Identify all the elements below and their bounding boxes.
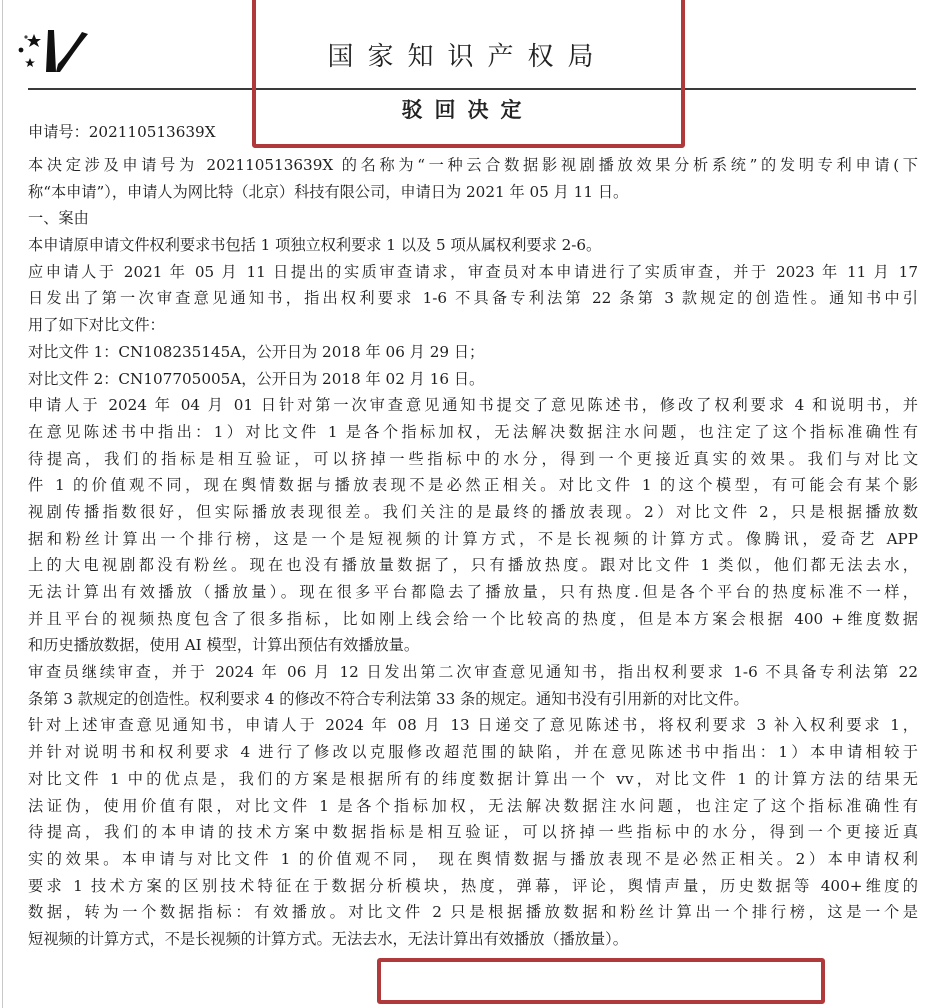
body-line-highlighted: 短视频的计算方式，不是长视频的计算方式。无法去水，无法计算出有效播放（播放量）。 (28, 926, 918, 953)
body-line: 审查员继续审查，并于 2024 年 06 月 12 日发出第二次审查意见通知书，… (28, 659, 918, 686)
body-line: 和历史播放数据，使用 AI 模型，计算出预估有效播放量。 (28, 632, 918, 659)
page-left-border (2, 0, 3, 1008)
body-line: 条第 3 款规定的创造性。权利要求 4 的修改不符合专利法第 33 条的规定。通… (28, 686, 918, 713)
body-line: 待提高，我们的指标是相互验证，可以挤掉一些指标中的水分，得到一个更接近真实的效果… (28, 446, 918, 473)
body-line: 本决定涉及申请号为 202110513639X 的名称为“一种云合数据影视剧播放… (28, 152, 918, 179)
body-line: 在意见陈述书中指出：1）对比文件 1 是各个指标加权，无法解决数据注水问题，也注… (28, 419, 918, 446)
reference-doc-1: 对比文件 1：CN108235145A，公开日为 2018 年 06 月 29 … (28, 339, 918, 366)
body-line: 法证伪，使用价值有限，对比文件 1 是各个指标加权，无法解决数据注水问题，也注定… (28, 793, 918, 820)
highlight-box-header (252, 0, 685, 148)
body-line: 本申请原申请文件权利要求书包括 1 项独立权利要求 1 以及 5 项从属权利要求… (28, 232, 918, 259)
section-heading: 一、案由 (28, 205, 918, 232)
body-line: 称“本申请”），申请人为网比特（北京）科技有限公司，申请日为 2021 年 05… (28, 179, 918, 206)
body-line: 视剧传播指数很好，但实际播放表现很差。我们关注的是最终的播放表现。2）对比文件 … (28, 499, 918, 526)
body-line: 并且平台的视频热度包含了很多指标，比如刚上线会给一个比较高的热度，但是本方案会根… (28, 606, 918, 633)
cnipa-logo-icon (12, 28, 92, 76)
body-line: 待提高，我们的本申请的技术方案中数据指标是相互验证，可以挤掉一些指标中的水分，得… (28, 819, 918, 846)
body-line: 应申请人于 2021 年 05 月 11 日提出的实质审查请求，审查员对本申请进… (28, 259, 918, 286)
body-line: 实的效果。本申请与对比文件 1 的价值观不同， 现在舆情数据与播放表现不是必然正… (28, 846, 918, 873)
body-line: 申请人于 2024 年 04 月 01 日针对第一次审查意见通知书提交了意见陈述… (28, 392, 918, 419)
body-line: 数据，转为一个数据指标：有效播放。对比文件 2 只是根据播放数据和粉丝计算出一个… (28, 899, 918, 926)
body-line: 并针对说明书和权利要求 4 进行了修改以克服修改超范围的缺陷，并在意见陈述书中指… (28, 739, 918, 766)
body-line: 件 1 的价值观不同，现在舆情数据与播放表现不是必然正相关。对比文件 1 的这个… (28, 472, 918, 499)
highlight-box-conclusion (377, 958, 825, 1004)
body-line: 无法计算出有效播放（播放量）。现在很多平台都隐去了播放量，只有热度.但是各个平台… (28, 579, 918, 606)
body-line: 日发出了第一次审查意见通知书，指出权利要求 1-6 不具备专利法第 22 条第 … (28, 285, 918, 312)
body-line: 对比文件 1 中的优点是，我们的方案是根据所有的纬度数据计算出一个 vv，对比文… (28, 766, 918, 793)
body-line: 针对上述审查意见通知书，申请人于 2024 年 08 月 13 日递交了意见陈述… (28, 712, 918, 739)
body-line: 上的大电视剧都没有粉丝。现在也没有播放量数据了，只有播放热度。跟对比文件 1 类… (28, 552, 918, 579)
decision-body: 申请号：202110513639X 本决定涉及申请号为 202110513639… (28, 119, 918, 953)
body-line: 用了如下对比文件： (28, 312, 918, 339)
body-line: 据和粉丝计算出一个排行榜，这是一个是短视频的计算方式，不是长视频的计算方式。像腾… (28, 526, 918, 553)
body-line: 要求 1 技术方案的区别技术特征在于数据分析模块，热度，弹幕，评论，舆情声量，历… (28, 873, 918, 900)
reference-doc-2: 对比文件 2：CN107705005A，公开日为 2018 年 02 月 16 … (28, 366, 918, 393)
